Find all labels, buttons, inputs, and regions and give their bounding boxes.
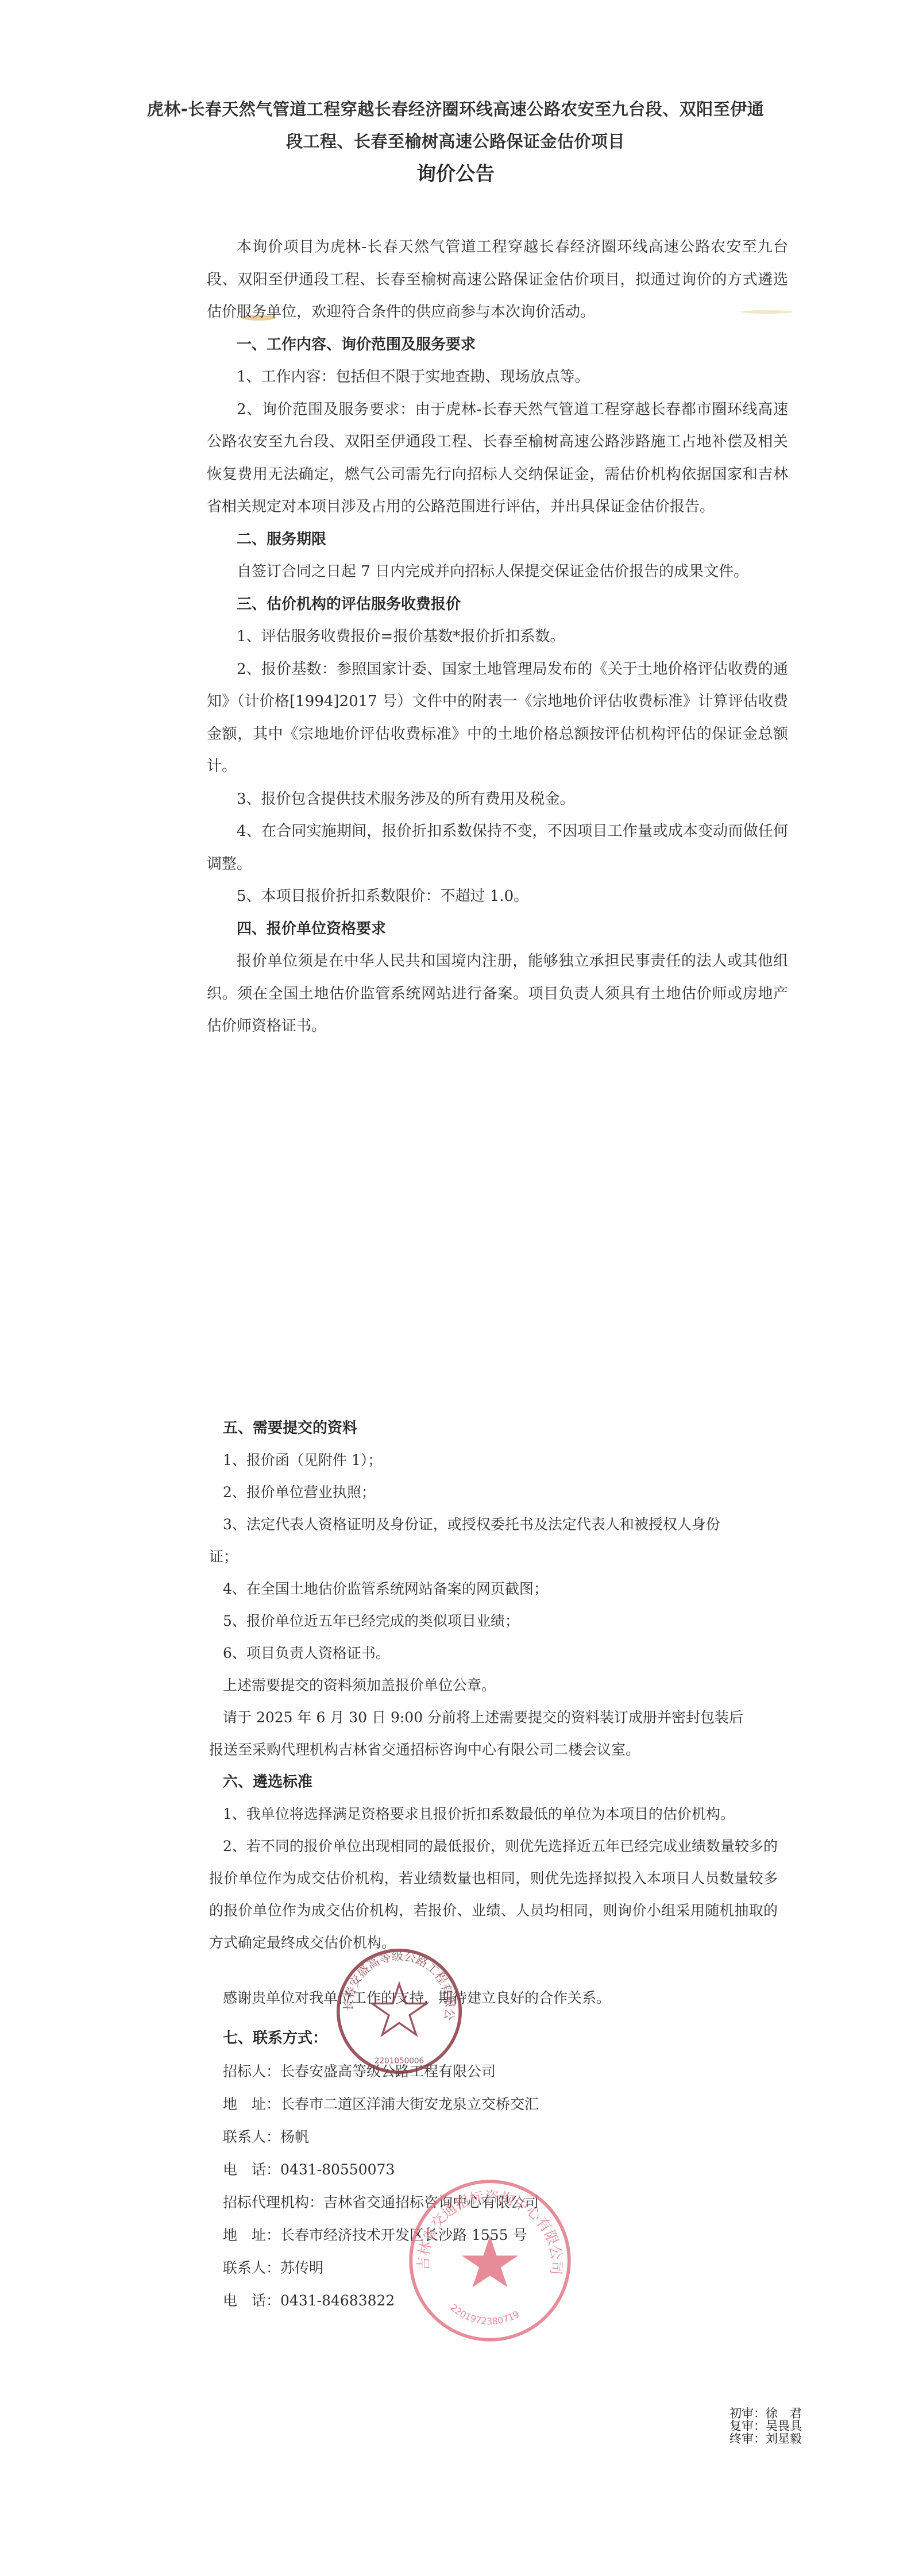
reviewer-name: 吴畏具 — [766, 2419, 802, 2433]
section-heading-2: 二、服务期限 — [207, 523, 788, 556]
section-5-item-2: 2、报价单位营业执照； — [223, 1476, 763, 1509]
agency-contact-person: 苏传明 — [280, 2259, 323, 2276]
agency-name: 吉林省交通招标咨询中心有限公司 — [323, 2194, 539, 2211]
review-label: 初审： — [729, 2407, 766, 2420]
agency-phone: 0431-84683822 — [280, 2292, 395, 2309]
tenderer-name: 长春安盛高等级公路工程有限公司 — [280, 2063, 496, 2080]
tenderer-phone: 0431-80550073 — [280, 2161, 395, 2178]
contact-label: 电 话： — [223, 2292, 280, 2309]
document-title-block: 虎林-长春天然气管道工程穿越长春经济圈环线高速公路农安至九台段、双阳至伊通 段工… — [0, 93, 911, 188]
section-heading-3: 三、估价机构的评估服务收费报价 — [207, 588, 788, 621]
contact-label: 招标人： — [223, 2063, 280, 2080]
thanks-line: 感谢贵单位对我单位工作的支持，期待建立良好的合作关系。 — [223, 1982, 763, 2014]
section-heading-7: 七、联系方式： — [223, 2022, 682, 2055]
tenderer-address-row: 地 址：长春市二道区洋浦大街安龙泉立交桥交汇 — [223, 2088, 682, 2120]
section-1-item-2: 2、询价范围及服务要求：由于虎林-长春天然气管道工程穿越长春都市圈环线高速公路农… — [207, 394, 788, 523]
section-heading-6: 六、遴选标准 — [223, 1766, 763, 1798]
section-5-note: 上述需要提交的资料须加盖报价单位公章。 — [223, 1669, 763, 1702]
contact-label: 联系人： — [223, 2128, 280, 2145]
review-row-final: 终审：刘星毅 — [729, 2432, 802, 2445]
review-signoff-block: 初审：徐 君 复审：吴畏具 终审：刘星毅 — [729, 2407, 802, 2445]
section-3-item-2: 2、报价基数：参照国家计委、国家土地管理局发布的《关于土地价格评估收费的通知》（… — [207, 653, 788, 783]
agency-address-row: 地 址：长春市经济技术开发区长沙路 1555 号 — [223, 2219, 682, 2251]
review-label: 复审： — [729, 2419, 766, 2433]
section-5-deadline-cont: 报送至采购代理机构吉林省交通招标咨询中心有限公司二楼会议室。 — [209, 1734, 763, 1766]
section-heading-5: 五、需要提交的资料 — [223, 1412, 763, 1444]
notice-heading: 询价公告 — [0, 160, 911, 188]
project-title-line-2: 段工程、长春至榆树高速公路保证金估价项目 — [0, 125, 911, 157]
section-4-text: 报价单位须是在中华人民共和国境内注册，能够独立承担民事责任的法人或其他组织。须在… — [207, 945, 788, 1043]
section-5-item-1: 1、报价函（见附件 1）； — [223, 1444, 763, 1476]
agency-phone-row: 电 话：0431-84683822 — [223, 2284, 682, 2317]
section-heading-4: 四、报价单位资格要求 — [207, 913, 788, 946]
tenderer-contact-row: 联系人：杨帆 — [223, 2120, 682, 2153]
section-3-item-4: 4、在合同实施期间，报价折扣系数保持不变，不因项目工作量或成本变动而做任何调整。 — [207, 815, 788, 880]
tenderer-contact-person: 杨帆 — [280, 2128, 309, 2145]
body-page-2: 五、需要提交的资料 1、报价函（见附件 1）； 2、报价单位营业执照； 3、法定… — [223, 1412, 763, 2014]
review-row-second: 复审：吴畏具 — [729, 2420, 802, 2432]
section-5-item-5: 5、报价单位近五年已经完成的类似项目业绩； — [223, 1605, 763, 1637]
reviewer-name: 刘星毅 — [766, 2432, 802, 2446]
section-3-item-5: 5、本项目报价折扣系数限价：不超过 1.0。 — [207, 880, 788, 913]
review-row-initial: 初审：徐 君 — [729, 2407, 802, 2420]
section-1-item-1: 1、工作内容：包括但不限于实地查勘、现场放点等。 — [207, 361, 788, 394]
reviewer-name: 徐 君 — [766, 2407, 802, 2420]
body-page-1: 本询价项目为虎林-长春天然气管道工程穿越长春经济圈环线高速公路农安至九台段、双阳… — [207, 231, 788, 1043]
agency-address: 长春市经济技术开发区长沙路 1555 号 — [280, 2227, 527, 2243]
contact-label: 联系人： — [223, 2259, 280, 2276]
section-5-item-3: 3、法定代表人资格证明及身份证，或授权委托书及法定代表人和被授权人身份 — [223, 1509, 763, 1541]
section-5-item-4: 4、在全国土地估价监管系统网站备案的网页截图； — [223, 1573, 763, 1605]
section-2-text: 自签订合同之日起 7 日内完成并向招标人保提交保证金估价报告的成果文件。 — [207, 556, 788, 588]
tenderer-phone-row: 电 话：0431-80550073 — [223, 2153, 682, 2186]
section-5-item-6: 6、项目负责人资格证书。 — [223, 1637, 763, 1669]
section-3-item-3: 3、报价包含提供技术服务涉及的所有费用及税金。 — [207, 783, 788, 816]
contact-label: 地 址： — [223, 2096, 280, 2112]
tenderer-address: 长春市二道区洋浦大街安龙泉立交桥交汇 — [280, 2096, 539, 2112]
section-heading-1: 一、工作内容、询价范围及服务要求 — [207, 329, 788, 361]
tenderer-row: 招标人：长春安盛高等级公路工程有限公司 — [223, 2055, 682, 2088]
agency-row: 招标代理机构：吉林省交通招标咨询中心有限公司 — [223, 2186, 682, 2219]
section-6-item-1: 1、我单位将选择满足资格要求且报价折扣系数最低的单位为本项目的估价机构。 — [223, 1798, 763, 1830]
section-6-item-2: 2、若不同的报价单位出现相同的最低报价，则优先选择近五年已经完成业绩数量较多的报… — [209, 1830, 778, 1959]
contact-section: 七、联系方式： 招标人：长春安盛高等级公路工程有限公司 地 址：长春市二道区洋浦… — [223, 2022, 682, 2317]
intro-paragraph: 本询价项目为虎林-长春天然气管道工程穿越长春经济圈环线高速公路农安至九台段、双阳… — [207, 231, 788, 329]
contact-label: 电 话： — [223, 2161, 280, 2178]
contact-label: 招标代理机构： — [223, 2194, 323, 2211]
section-5-item-3-cont: 证； — [209, 1541, 763, 1573]
contact-label: 地 址： — [223, 2227, 280, 2243]
section-3-item-1: 1、评估服务收费报价=报价基数*报价折扣系数。 — [207, 620, 788, 653]
review-label: 终审： — [729, 2432, 766, 2446]
agency-contact-row: 联系人：苏传明 — [223, 2251, 682, 2284]
project-title-line-1: 虎林-长春天然气管道工程穿越长春经济圈环线高速公路农安至九台段、双阳至伊通 — [0, 93, 911, 125]
section-5-deadline: 请于 2025 年 6 月 30 日 9:00 分前将上述需要提交的资料装订成册… — [223, 1702, 763, 1734]
